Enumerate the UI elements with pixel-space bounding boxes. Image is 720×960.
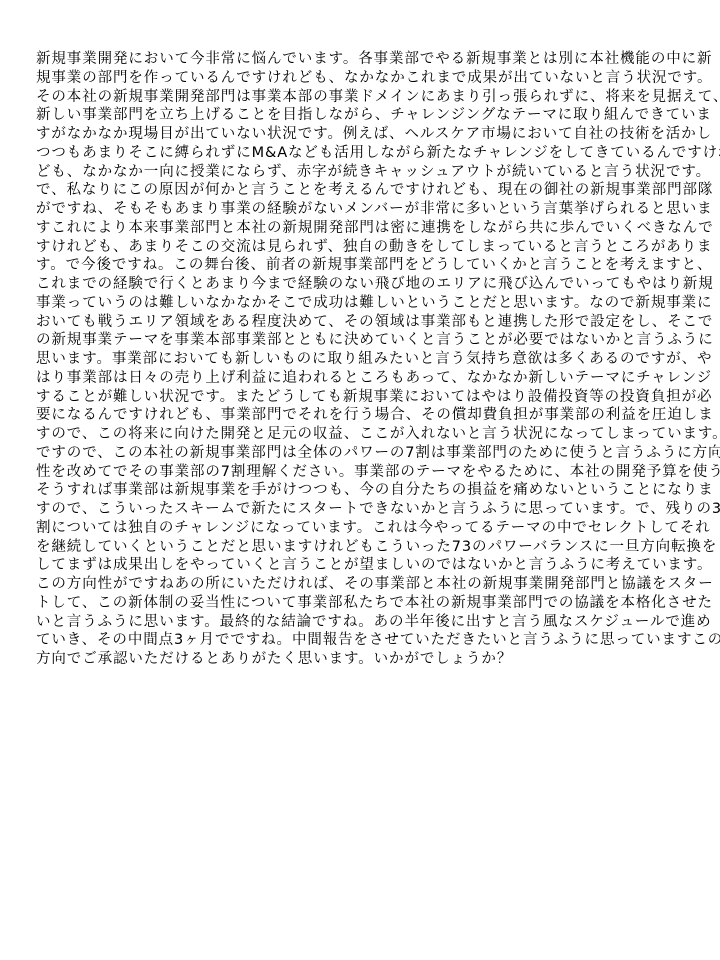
text-line-15: おいても戦うエリア領域をある程度決めて、その領域は事業部もと連携した形で設定をし…	[36, 313, 706, 332]
text-line-3: その本社の新規事業開発部門は事業本部の事業ドメインにあまり引っ張られずに、将来を…	[36, 88, 706, 107]
text-line-9: がですね、そもそもあまり事業の経験がないメンバーが非常に多いという言葉挙げられる…	[36, 200, 706, 219]
text-line-20: 要になるんですけれども、事業部門でそれを行う場合、その償却費負担が事業部の利益を…	[36, 406, 706, 425]
text-line-12: す。で今後ですね。この舞台後、前者の新規事業部門をどうしていくかと言うことを考え…	[36, 256, 706, 275]
text-line-31: いと言うふうに思います。最終的な結論ですね。あの半年後に出すと言う風なスケジュー…	[36, 613, 706, 632]
text-line-7: ども、なかなか一向に授業にならず、赤字が続きキャッシュアウトが続いていると言う状…	[36, 163, 706, 182]
text-line-10: すこれにより本来事業部門と本社の新規開発部門は密に連携をしながら共に歩んでいくべ…	[36, 219, 706, 238]
text-line-19: することが難しい状況です。またどうしても新規事業においてはやはり設備投資等の投資…	[36, 388, 706, 407]
text-line-23: 性を改めてでその事業部の7割理解ください。事業部のテーマをやるために、本社の開発…	[36, 463, 706, 482]
text-line-14: 事業っていうのは難しいなかなかそこで成功は難しいということだと思います。なので新…	[36, 294, 706, 313]
text-line-24: そうすれば事業部は新規事業を手がけつつも、今の自分たちの損益を痛めないということ…	[36, 481, 706, 500]
text-line-22: ですので、この本社の新規事業部門は全体のパワーの7割は事業部門のために使うと言う…	[36, 444, 706, 463]
text-line-8: で、私なりにこの原因が何かと言うことを考えるんですけれども、現在の御社の新規事業…	[36, 181, 706, 200]
text-line-17: 思います。事業部においても新しいものに取り組みたいと言う気持ち意欲は多くあるので…	[36, 350, 706, 369]
text-line-26: 割については独自のチャレンジになっています。これは今やってるテーマの中でセレクト…	[36, 519, 706, 538]
text-line-5: すがなかなか現場目が出ていない状況です。例えば、ヘルスケア市場において自社の技術…	[36, 125, 706, 144]
text-line-21: すので、この将来に向けた開発と足元の収益、ここが入れないと言う状況になってしまっ…	[36, 425, 706, 444]
text-line-30: トして、この新体制の妥当性について事業部私たちで本社の新規事業部門での協議を本格…	[36, 594, 706, 613]
text-line-4: 新しい事業部門を立ち上げることを目指しながら、チャレンジングなテーマに取り組んで…	[36, 106, 706, 125]
text-line-6: つつもあまりそこに縛られずにM&Aなども活用しながら新たなチャレンジをしてきてい…	[36, 144, 706, 163]
text-line-32: ていき、その中間点3ヶ月でですね。中間報告をさせていただきたいと言うふうに思って…	[36, 631, 706, 650]
text-line-18: はり事業部は日々の売り上げ利益に追われるところもあって、なかなか新しいテーマにチ…	[36, 369, 706, 388]
text-line-28: してまずは成果出しをやっていくと言うことが望ましいのではないかと言うふうに考えて…	[36, 556, 706, 575]
text-line-25: すので、こういったスキームで新たにスタートできないかと言うふうに思っています。で…	[36, 500, 706, 519]
text-line-27: を継続していくということだと思いますけれどもこういった73のパワーバランスに一旦…	[36, 538, 706, 557]
text-line-33: 方向でご承認いただけるとありがたく思います。いかがでしょうか？	[36, 650, 706, 669]
text-line-16: の新規事業テーマを事業本部事業部とともに決めていくと言うことが必要ではないかと言…	[36, 331, 706, 350]
text-line-11: すけれども、あまりそこの交流は見られず、独自の動きをしてしまっていると言うところ…	[36, 238, 706, 257]
text-line-2: 規事業の部門を作っているんですけれども、なかなかこれまで成果が出ていないと言う状…	[36, 69, 706, 88]
text-line-13: これまでの経験で行くとあまり今まで経験のない飛び地のエリアに飛び込んでいってもや…	[36, 275, 706, 294]
text-line-1: 新規事業開発において今非常に悩んでいます。各事業部でやる新規事業とは別に本社機能…	[36, 50, 706, 69]
text-line-29: この方向性がですねあの所にいただければ、その事業部と本社の新規事業開発部門と協議…	[36, 575, 706, 594]
document-body: 新規事業開発において今非常に悩んでいます。各事業部でやる新規事業とは別に本社機能…	[36, 50, 706, 669]
